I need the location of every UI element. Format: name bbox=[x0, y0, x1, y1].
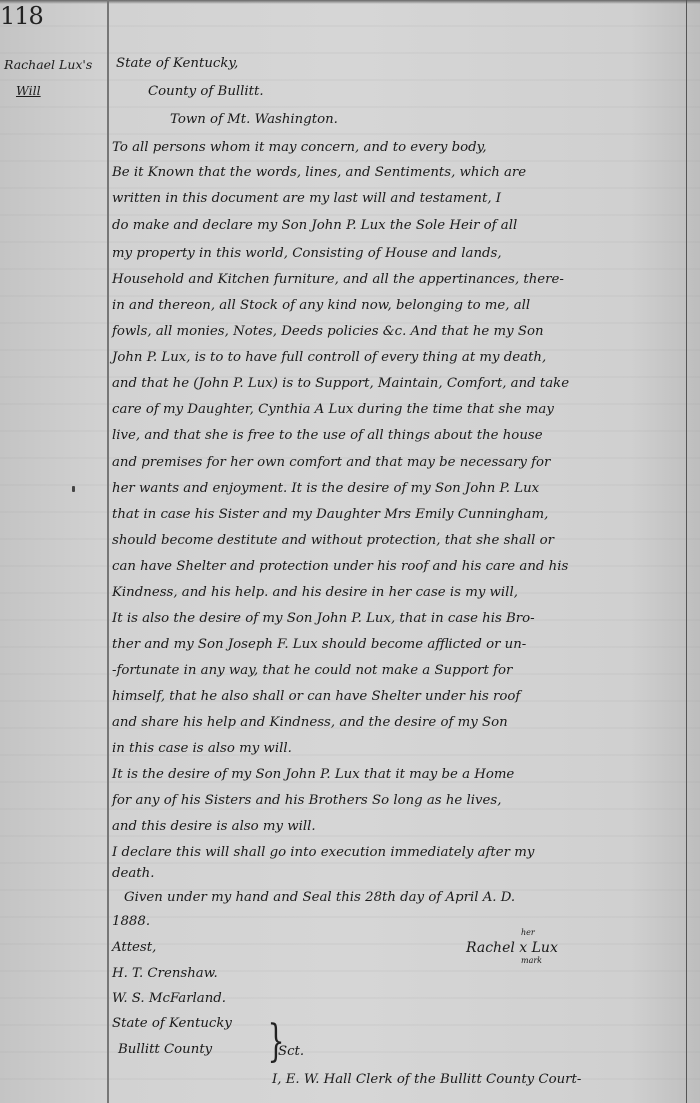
body-line: John P. Lux, is to to have full controll… bbox=[112, 350, 546, 365]
body-line: fowls, all monies, Notes, Deeds policies… bbox=[112, 324, 544, 339]
signature-name: Rachel x Lux bbox=[466, 940, 558, 956]
body-line: Kindness, and his help. and his desire i… bbox=[112, 585, 518, 600]
heading-town: Town of Mt. Washington. bbox=[170, 112, 338, 127]
body-line: and share his help and Kindness, and the… bbox=[112, 715, 508, 730]
body-line: in and thereon, all Stock of any kind no… bbox=[112, 298, 530, 313]
body-line: can have Shelter and protection under hi… bbox=[112, 559, 568, 574]
right-edge-rule bbox=[686, 0, 687, 1103]
body-line: To all persons whom it may concern, and … bbox=[112, 140, 487, 155]
cert-state: State of Kentucky bbox=[112, 1016, 232, 1031]
body-line: -fortunate in any way, that he could not… bbox=[112, 663, 512, 678]
body-line: death. bbox=[112, 866, 154, 881]
body-line: Given under my hand and Seal this 28th d… bbox=[124, 890, 515, 905]
body-line: do make and declare my Son John P. Lux t… bbox=[112, 218, 517, 233]
body-line: I declare this will shall go into execut… bbox=[112, 845, 534, 860]
heading-county: County of Bullitt. bbox=[148, 84, 264, 99]
body-line: ther and my Son Joseph F. Lux should bec… bbox=[112, 637, 526, 652]
document-page: 118 Rachael Lux's Will State of Kentucky… bbox=[0, 0, 700, 1103]
signature-her: her bbox=[521, 928, 535, 937]
body-line: and this desire is also my will. bbox=[112, 819, 316, 834]
margin-note-title: Rachael Lux's bbox=[4, 52, 104, 78]
witness-name: W. S. McFarland. bbox=[112, 991, 226, 1006]
body-line: Be it Known that the words, lines, and S… bbox=[112, 165, 526, 180]
signature-mark: mark bbox=[521, 956, 542, 965]
body-line: Household and Kitchen furniture, and all… bbox=[112, 272, 564, 287]
body-line: It is the desire of my Son John P. Lux t… bbox=[112, 767, 514, 782]
body-line: 1888. bbox=[112, 914, 150, 929]
body-line: and that he (John P. Lux) is to Support,… bbox=[112, 376, 569, 391]
margin-note: Rachael Lux's Will bbox=[4, 52, 104, 104]
body-line: It is also the desire of my Son John P. … bbox=[112, 611, 535, 626]
body-line: himself, that he also shall or can have … bbox=[112, 689, 520, 704]
margin-rule bbox=[107, 0, 109, 1103]
body-line: live, and that she is free to the use of… bbox=[112, 428, 543, 443]
body-line: for any of his Sisters and his Brothers … bbox=[112, 793, 501, 808]
witness-name: H. T. Crenshaw. bbox=[112, 966, 218, 981]
margin-note-subtitle: Will bbox=[4, 78, 104, 104]
body-line: her wants and enjoyment. It is the desir… bbox=[112, 481, 539, 496]
cert-county: Bullitt County bbox=[118, 1042, 212, 1057]
attest-label: Attest, bbox=[112, 940, 156, 955]
body-line: in this case is also my will. bbox=[112, 741, 292, 756]
testator-signature: her Rachel x Lux mark bbox=[466, 940, 558, 956]
body-line: should become destitute and without prot… bbox=[112, 533, 554, 548]
cert-clerk-line: I, E. W. Hall Clerk of the Bullitt Count… bbox=[272, 1072, 581, 1087]
body-line: written in this document are my last wil… bbox=[112, 191, 501, 206]
body-line: and premises for her own comfort and tha… bbox=[112, 455, 550, 470]
body-line: care of my Daughter, Cynthia A Lux durin… bbox=[112, 402, 554, 417]
page-top-edge bbox=[0, 0, 700, 4]
margin-ink-mark bbox=[72, 486, 75, 492]
cert-sct: Sct. bbox=[278, 1044, 304, 1059]
body-line: my property in this world, Consisting of… bbox=[112, 246, 502, 261]
body-line: that in case his Sister and my Daughter … bbox=[112, 507, 548, 522]
heading-state: State of Kentucky, bbox=[116, 56, 238, 71]
page-number: 118 bbox=[0, 2, 43, 30]
